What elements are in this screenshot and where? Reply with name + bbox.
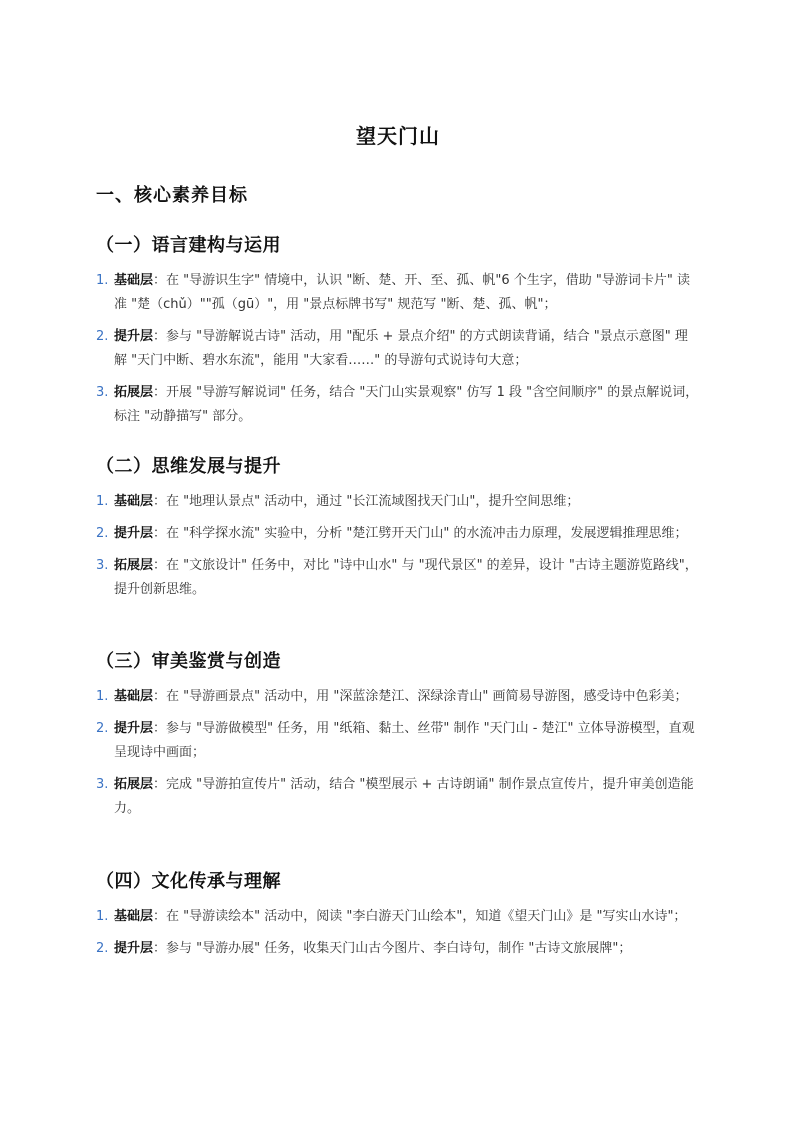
section-culture: （四）文化传承与理解 1.基础层：在 "导游读绘本" 活动中，阅读 "李白游天门… (96, 869, 700, 961)
section-heading: （一）语言建构与运用 (96, 233, 700, 259)
item-number: 2. (96, 717, 108, 741)
heading-core-literacy-goals: 一、核心素养目标 (96, 181, 248, 207)
section-heading: （三）审美鉴赏与创造 (96, 649, 700, 675)
item-text: ：在 "导游识生字" 情境中，认识 "断、楚、开、至、孤、帆"6 个生字，借助 … (114, 273, 690, 312)
item-list: 1.基础层：在 "导游画景点" 活动中，用 "深蓝涂楚江、深绿涂青山" 画简易导… (96, 685, 700, 821)
list-item: 2.提升层：在 "科学探水流" 实验中，分析 "楚江劈开天门山" 的水流冲击力原… (96, 522, 700, 546)
list-item: 2.提升层：参与 "导游办展" 任务，收集天门山古今图片、李白诗句，制作 "古诗… (96, 937, 700, 961)
section-aesthetics: （三）审美鉴赏与创造 1.基础层：在 "导游画景点" 活动中，用 "深蓝涂楚江、… (96, 649, 700, 821)
level-label: 拓展层 (114, 558, 153, 573)
item-number: 1. (96, 269, 108, 293)
list-item: 2.提升层：参与 "导游解说古诗" 活动，用 "配乐 + 景点介绍" 的方式朗读… (96, 325, 700, 373)
item-number: 1. (96, 490, 108, 514)
item-number: 2. (96, 522, 108, 546)
item-number: 1. (96, 905, 108, 929)
item-number: 2. (96, 325, 108, 349)
item-text: ：参与 "导游办展" 任务，收集天门山古今图片、李白诗句，制作 "古诗文旅展牌"… (153, 941, 631, 956)
item-number: 2. (96, 937, 108, 961)
level-label: 提升层 (114, 721, 153, 736)
list-item: 2.提升层：参与 "导游做模型" 任务，用 "纸箱、黏土、丝带" 制作 "天门山… (96, 717, 700, 765)
item-text: ：在 "导游读绘本" 活动中，阅读 "李白游天门山绘本"，知道《望天门山》是 "… (153, 909, 686, 924)
level-label: 基础层 (114, 909, 153, 924)
level-label: 基础层 (114, 273, 153, 288)
item-number: 1. (96, 685, 108, 709)
item-text: ：在 "地理认景点" 活动中，通过 "长江流域图找天门山"，提升空间思维； (153, 494, 579, 509)
item-text: ：参与 "导游做模型" 任务，用 "纸箱、黏土、丝带" 制作 "天门山 - 楚江… (114, 721, 695, 760)
list-item: 1.基础层：在 "导游读绘本" 活动中，阅读 "李白游天门山绘本"，知道《望天门… (96, 905, 700, 929)
section-heading: （二）思维发展与提升 (96, 454, 700, 480)
item-list: 1.基础层：在 "地理认景点" 活动中，通过 "长江流域图找天门山"，提升空间思… (96, 490, 700, 602)
document-title: 望天门山 (96, 120, 700, 149)
level-label: 拓展层 (114, 385, 153, 400)
item-text: ：在 "科学探水流" 实验中，分析 "楚江劈开天门山" 的水流冲击力原理，发展逻… (153, 526, 687, 541)
item-number: 3. (96, 381, 108, 405)
item-text: ：在 "文旅设计" 任务中，对比 "诗中山水" 与 "现代景区" 的差异，设计 … (114, 558, 698, 597)
list-item: 3.拓展层：在 "文旅设计" 任务中，对比 "诗中山水" 与 "现代景区" 的差… (96, 554, 700, 602)
list-item: 1.基础层：在 "地理认景点" 活动中，通过 "长江流域图找天门山"，提升空间思… (96, 490, 700, 514)
item-number: 3. (96, 554, 108, 578)
list-item: 3.拓展层：完成 "导游拍宣传片" 活动，结合 "模型展示 + 古诗朗诵" 制作… (96, 773, 700, 821)
item-text: ：开展 "导游写解说词" 任务，结合 "天门山实景观察" 仿写 1 段 "含空间… (114, 385, 698, 424)
item-list: 1.基础层：在 "导游读绘本" 活动中，阅读 "李白游天门山绘本"，知道《望天门… (96, 905, 700, 961)
section-heading: （四）文化传承与理解 (96, 869, 700, 895)
item-text: ：在 "导游画景点" 活动中，用 "深蓝涂楚江、深绿涂青山" 画简易导游图，感受… (153, 689, 687, 704)
level-label: 拓展层 (114, 777, 153, 792)
item-text: ：完成 "导游拍宣传片" 活动，结合 "模型展示 + 古诗朗诵" 制作景点宣传片… (114, 777, 694, 816)
section-language: （一）语言建构与运用 1.基础层：在 "导游识生字" 情境中，认识 "断、楚、开… (96, 233, 700, 429)
list-item: 1.基础层：在 "导游识生字" 情境中，认识 "断、楚、开、至、孤、帆"6 个生… (96, 269, 700, 317)
level-label: 提升层 (114, 941, 153, 956)
item-list: 1.基础层：在 "导游识生字" 情境中，认识 "断、楚、开、至、孤、帆"6 个生… (96, 269, 700, 429)
list-item: 1.基础层：在 "导游画景点" 活动中，用 "深蓝涂楚江、深绿涂青山" 画简易导… (96, 685, 700, 709)
section-thinking: （二）思维发展与提升 1.基础层：在 "地理认景点" 活动中，通过 "长江流域图… (96, 454, 700, 602)
level-label: 提升层 (114, 329, 153, 344)
item-text: ：参与 "导游解说古诗" 活动，用 "配乐 + 景点介绍" 的方式朗读背诵，结合… (114, 329, 688, 368)
level-label: 基础层 (114, 494, 153, 509)
list-item: 3.拓展层：开展 "导游写解说词" 任务，结合 "天门山实景观察" 仿写 1 段… (96, 381, 700, 429)
level-label: 基础层 (114, 689, 153, 704)
item-number: 3. (96, 773, 108, 797)
level-label: 提升层 (114, 526, 153, 541)
